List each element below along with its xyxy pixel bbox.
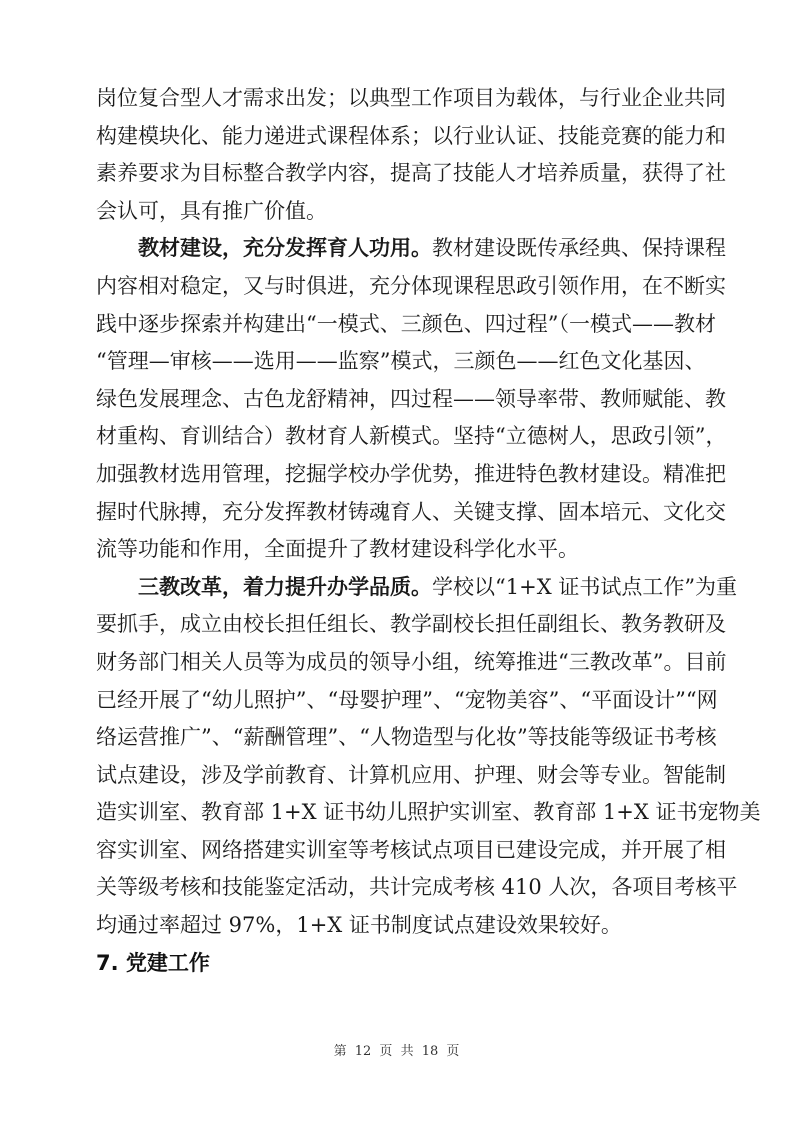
paragraph-textbook-construction: 教材建设，充分发挥育人功用。教材建设既传承经典、保持课程 内容相对稳定，又与时俱… bbox=[96, 230, 702, 568]
text-line: 会认可，具有推广价值。 bbox=[96, 193, 702, 231]
document-page: 岗位复合型人才需求出发；以典型工作项目为载体，与行业企业共同 构建模块化、能力递… bbox=[96, 80, 702, 982]
paragraph-curriculum-continued: 岗位复合型人才需求出发；以典型工作项目为载体，与行业企业共同 构建模块化、能力递… bbox=[96, 80, 702, 230]
text-line: 握时代脉搏，充分发挥教材铸魂育人、关键支撑、固本培元、文化交 bbox=[96, 494, 702, 532]
paragraph-lead-heading: 三教改革，着力提升办学品质。 bbox=[138, 575, 432, 599]
page-footer-page-number: 第 12 页 共 18 页 bbox=[0, 1040, 793, 1059]
text-line: 容实训室、网络搭建实训室等考核试点项目已建设完成，并开展了相 bbox=[96, 832, 702, 870]
paragraph-lead-heading: 教材建设，充分发挥育人功用。 bbox=[138, 236, 432, 260]
text-line: 试点建设，涉及学前教育、计算机应用、护理、财会等专业。智能制 bbox=[96, 757, 702, 795]
text-line: 均通过率超过 97%，1+X 证书制度试点建设效果较好。 bbox=[96, 907, 702, 945]
text-line-first: 三教改革，着力提升办学品质。学校以“1+X 证书试点工作”为重 bbox=[96, 569, 702, 607]
section-heading: 7. 党建工作 bbox=[96, 945, 702, 983]
text-line: 已经开展了“幼儿照护”、“母婴护理”、“宠物美容”、“平面设计”“网 bbox=[96, 682, 702, 720]
text-line: 内容相对稳定，又与时俱进，充分体现课程思政引领作用，在不断实 bbox=[96, 268, 702, 306]
text-line: 绿色发展理念、古色龙舒精神，四过程——领导率带、教师赋能、教 bbox=[96, 381, 702, 419]
text-line: 材重构、育训结合）教材育人新模式。坚持“立德树人，思政引领”， bbox=[96, 418, 702, 456]
paragraph-three-reforms: 三教改革，着力提升办学品质。学校以“1+X 证书试点工作”为重 要抓手，成立由校… bbox=[96, 569, 702, 945]
text-line: “管理—审核——选用——监察”模式，三颜色——红色文化基因、 bbox=[96, 343, 702, 381]
text-line: 络运营推广”、“薪酬管理”、“人物造型与化妆”等技能等级证书考核 bbox=[96, 719, 702, 757]
text-run: 教材建设既传承经典、保持课程 bbox=[432, 236, 726, 260]
text-line: 财务部门相关人员等为成员的领导小组，统筹推进“三教改革”。目前 bbox=[96, 644, 702, 682]
text-line: 践中逐步探索并构建出“一模式、三颜色、四过程”（一模式——教材 bbox=[96, 306, 702, 344]
text-line: 构建模块化、能力递进式课程体系；以行业认证、技能竞赛的能力和 bbox=[96, 118, 702, 156]
text-run: 学校以“1+X 证书试点工作”为重 bbox=[432, 575, 737, 599]
text-line: 加强教材选用管理，挖掘学校办学优势，推进特色教材建设。精准把 bbox=[96, 456, 702, 494]
text-line: 流等功能和作用，全面提升了教材建设科学化水平。 bbox=[96, 531, 702, 569]
text-line: 关等级考核和技能鉴定活动，共计完成考核 410 人次，各项目考核平 bbox=[96, 869, 702, 907]
text-line: 造实训室、教育部 1+X 证书幼儿照护实训室、教育部 1+X 证书宠物美 bbox=[96, 794, 702, 832]
text-line: 岗位复合型人才需求出发；以典型工作项目为载体，与行业企业共同 bbox=[96, 80, 702, 118]
text-line-first: 教材建设，充分发挥育人功用。教材建设既传承经典、保持课程 bbox=[96, 230, 702, 268]
text-line: 素养要求为目标整合教学内容，提高了技能人才培养质量，获得了社 bbox=[96, 155, 702, 193]
text-line: 要抓手，成立由校长担任组长、教学副校长担任副组长、教务教研及 bbox=[96, 606, 702, 644]
